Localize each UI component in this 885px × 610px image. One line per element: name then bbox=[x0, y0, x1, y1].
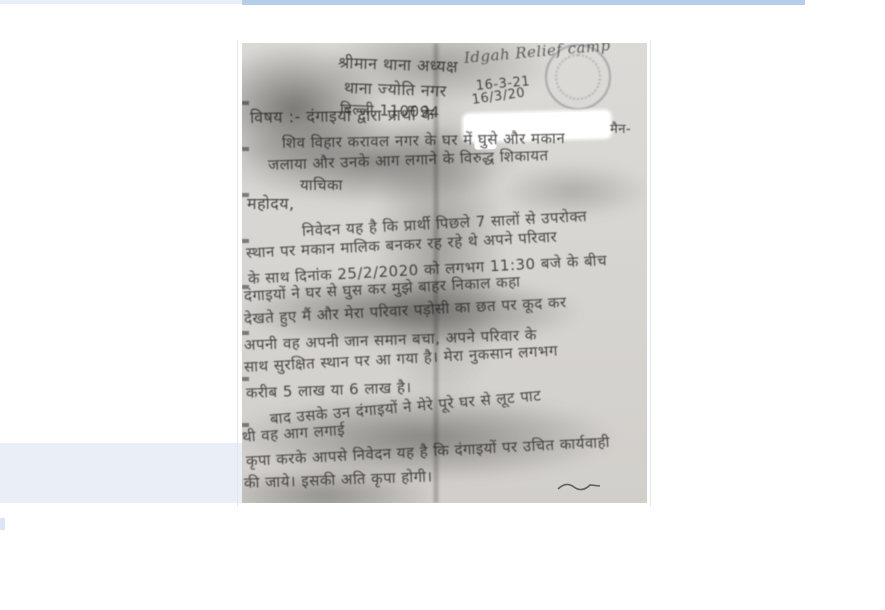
subject-line-tail: मैन- bbox=[610, 119, 631, 137]
salutation: महोदय, bbox=[247, 192, 295, 214]
content-column-right-rule bbox=[650, 40, 651, 506]
subject-line: विषय :- दंगाइयों द्वारा प्रार्थी के bbox=[250, 103, 435, 128]
content-column-left-rule bbox=[237, 40, 238, 506]
subject-line-4: याचिका bbox=[300, 175, 343, 195]
signature-mark bbox=[556, 479, 602, 493]
top-bar bbox=[242, 0, 805, 5]
addressee-line-2: थाना ज्योति नगर bbox=[344, 76, 448, 102]
addressee-line-1: श्रीमान थाना अध्यक्ष bbox=[338, 51, 459, 77]
top-bar-left-segment bbox=[0, 0, 242, 4]
left-highlight-band bbox=[0, 443, 243, 503]
left-edge-marker bbox=[0, 518, 5, 530]
scanned-letter-image: श्रीमान थाना अध्यक्ष थाना ज्योति नगर दिल… bbox=[242, 43, 647, 503]
page: { "page": { "background_color": "#ffffff… bbox=[0, 0, 885, 610]
round-ink-stamp-inner bbox=[555, 54, 601, 100]
